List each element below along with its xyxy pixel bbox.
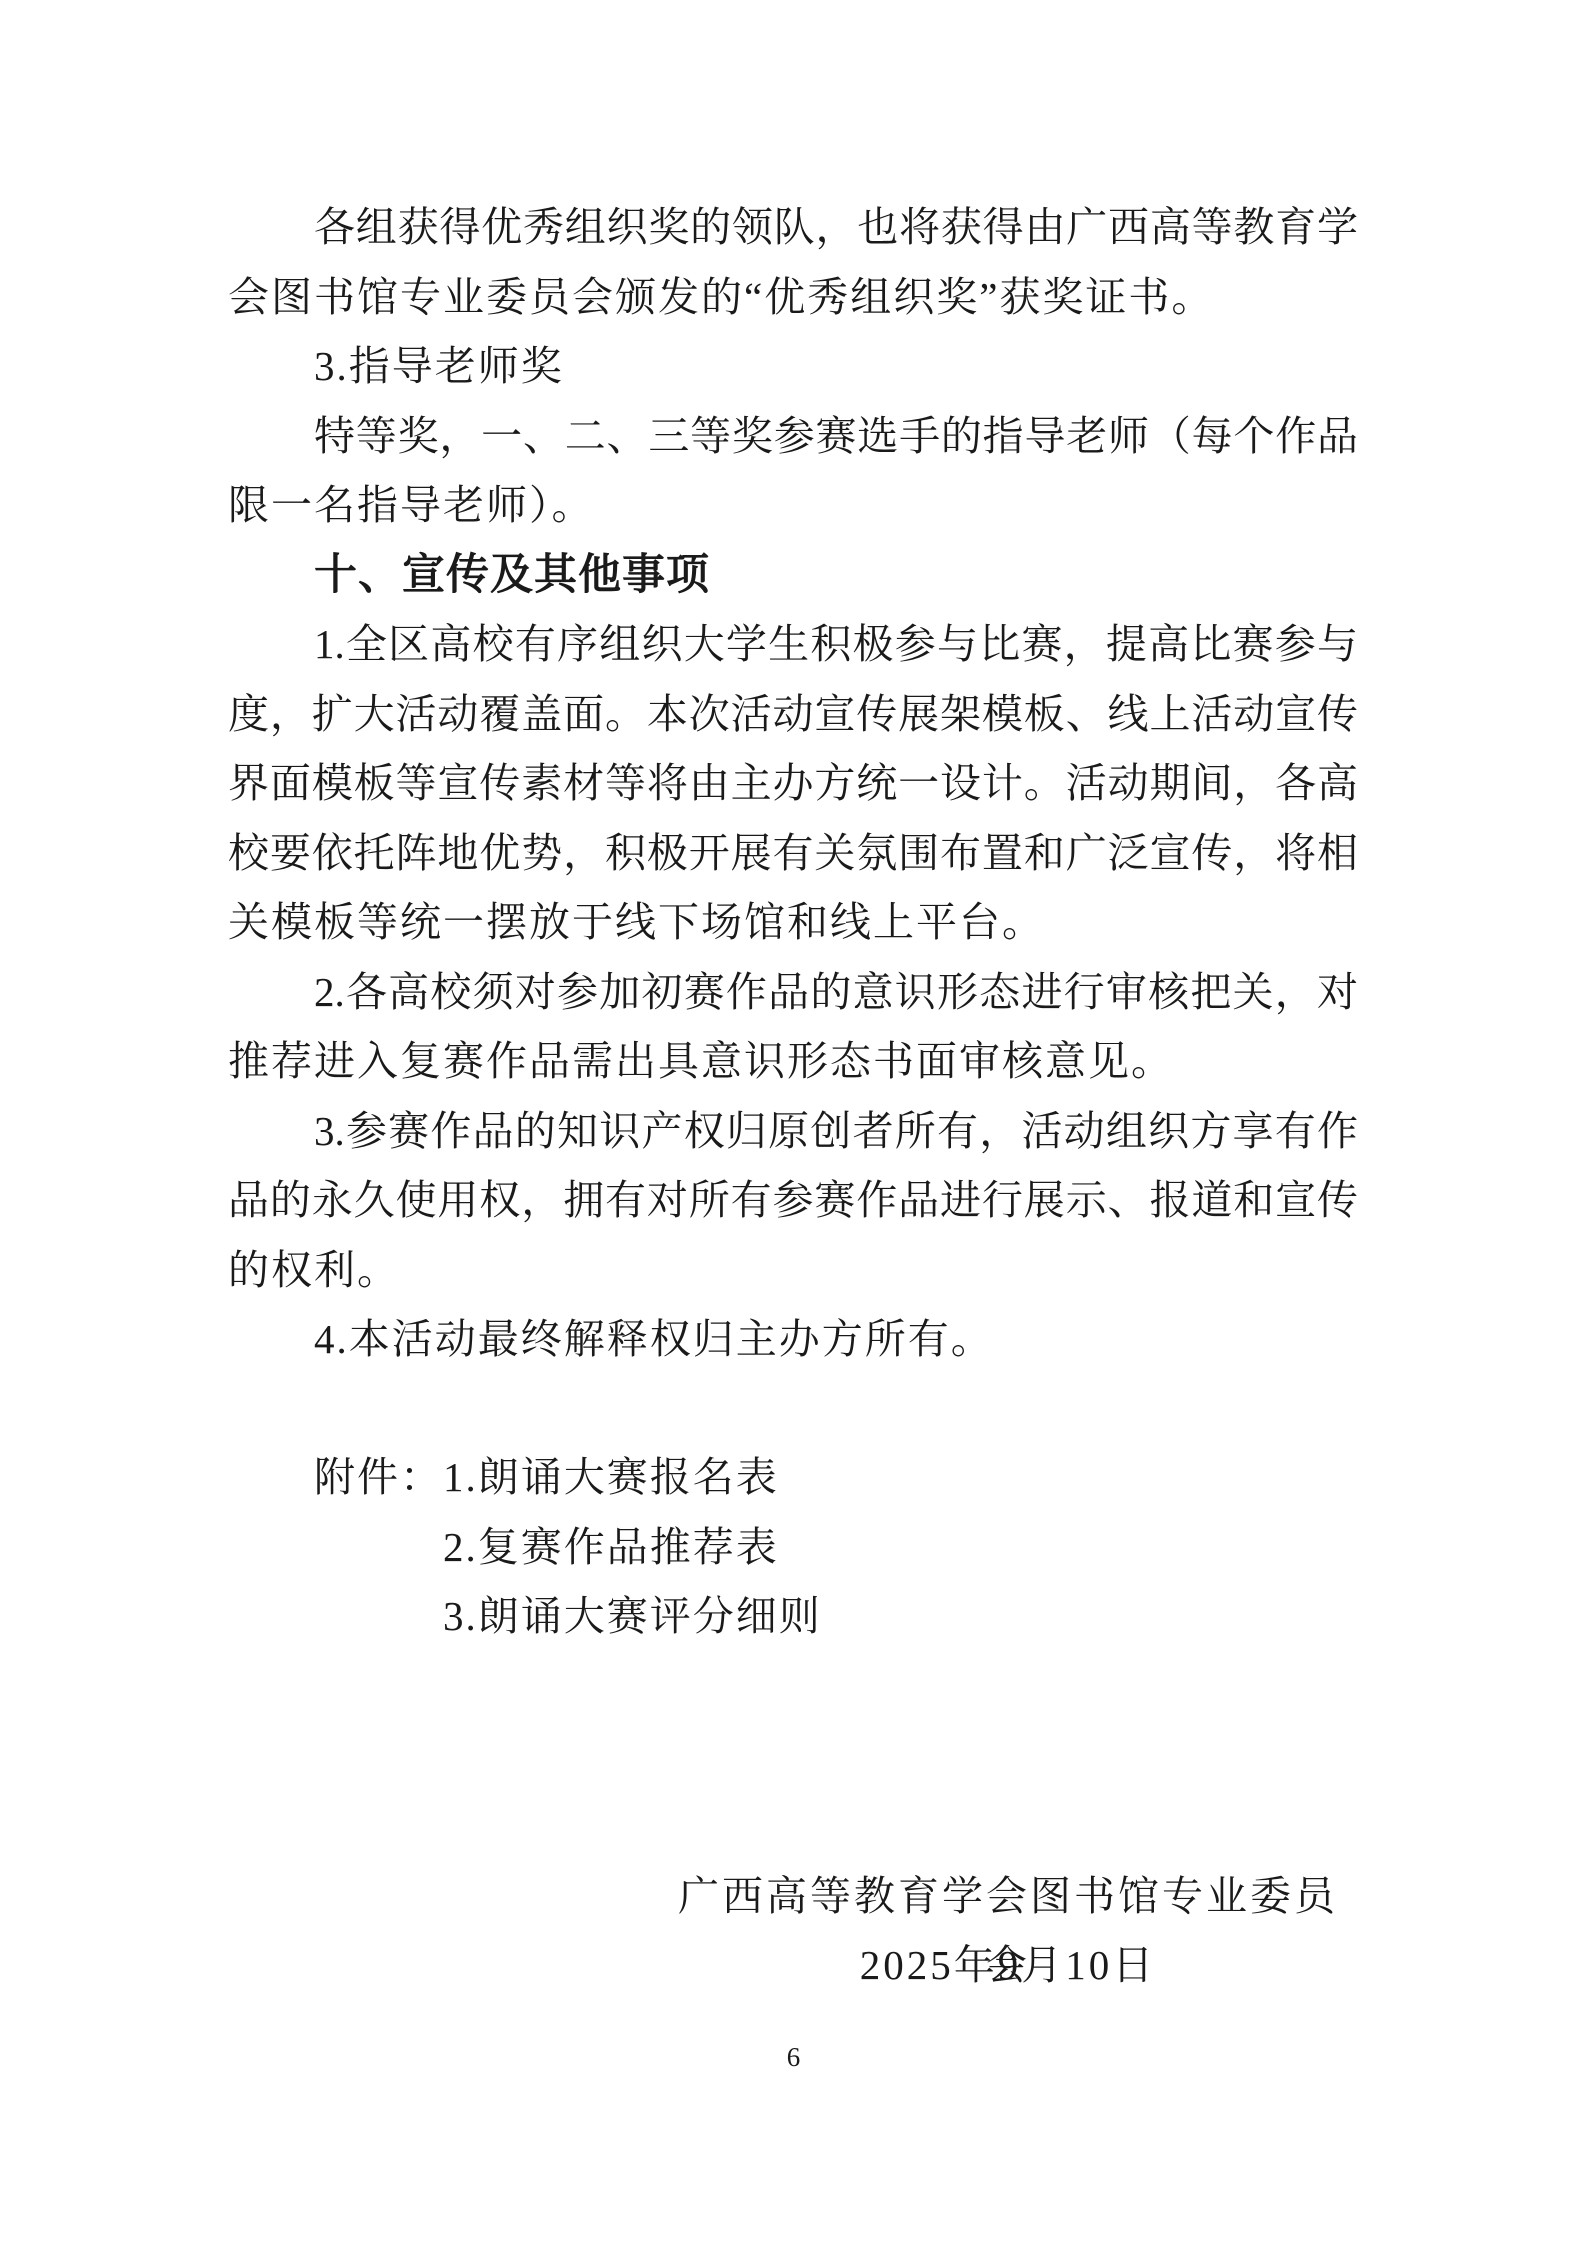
- document-body: 各组获得优秀组织奖的领队，也将获得由广西高等教育学 会图书馆专业委员会颁发的“优…: [228, 193, 1358, 2001]
- page-number: 6: [0, 2042, 1587, 2073]
- body-line: 推荐进入复赛作品需出具意识形态书面审核意见。: [228, 1027, 1358, 1097]
- attachment-line: 2.复赛作品推荐表: [228, 1513, 1358, 1583]
- attachments-list: 附件：1.朗诵大赛报名表 2.复赛作品推荐表 3.朗诵大赛评分细则: [228, 1443, 1358, 1652]
- attachment-line: 3.朗诵大赛评分细则: [228, 1582, 1358, 1652]
- body-line: 界面模板等宣传素材等将由主办方统一设计。活动期间，各高: [228, 749, 1358, 819]
- body-line: 1.全区高校有序组织大学生积极参与比赛，提高比赛参与: [228, 610, 1358, 680]
- body-line: 度，扩大活动覆盖面。本次活动宣传展架模板、线上活动宣传: [228, 680, 1358, 750]
- body-line: 特等奖，一、二、三等奖参赛选手的指导老师（每个作品: [228, 402, 1358, 472]
- document-page: 各组获得优秀组织奖的领队，也将获得由广西高等教育学 会图书馆专业委员会颁发的“优…: [0, 0, 1587, 2245]
- body-line: 限一名指导老师）。: [228, 471, 1358, 541]
- body-line: 4.本活动最终解释权归主办方所有。: [228, 1305, 1358, 1375]
- signature-block: 广西高等教育学会图书馆专业委员会 2025年9月10日: [658, 1862, 1358, 2001]
- body-line: 2.各高校须对参加初赛作品的意识形态进行审核把关，对: [228, 958, 1358, 1028]
- body-line: 关模板等统一摆放于线下场馆和线上平台。: [228, 888, 1358, 958]
- subheading-instructor-award: 3.指导老师奖: [228, 332, 1358, 402]
- body-line: 品的永久使用权，拥有对所有参赛作品进行展示、报道和宣传: [228, 1166, 1358, 1236]
- body-line: 各组获得优秀组织奖的领队，也将获得由广西高等教育学: [228, 193, 1358, 263]
- date-line: 2025年9月10日: [658, 1931, 1358, 2001]
- attachment-line: 附件：1.朗诵大赛报名表: [228, 1443, 1358, 1513]
- section-heading: 十、宣传及其他事项: [228, 541, 1358, 611]
- body-line: 校要依托阵地优势，积极开展有关氛围布置和广泛宣传，将相: [228, 819, 1358, 889]
- signature-line: 广西高等教育学会图书馆专业委员会: [658, 1862, 1358, 1932]
- body-line: 的权利。: [228, 1236, 1358, 1306]
- body-line: 会图书馆专业委员会颁发的“优秀组织奖”获奖证书。: [228, 263, 1358, 333]
- body-line: 3.参赛作品的知识产权归原创者所有，活动组织方享有作: [228, 1097, 1358, 1167]
